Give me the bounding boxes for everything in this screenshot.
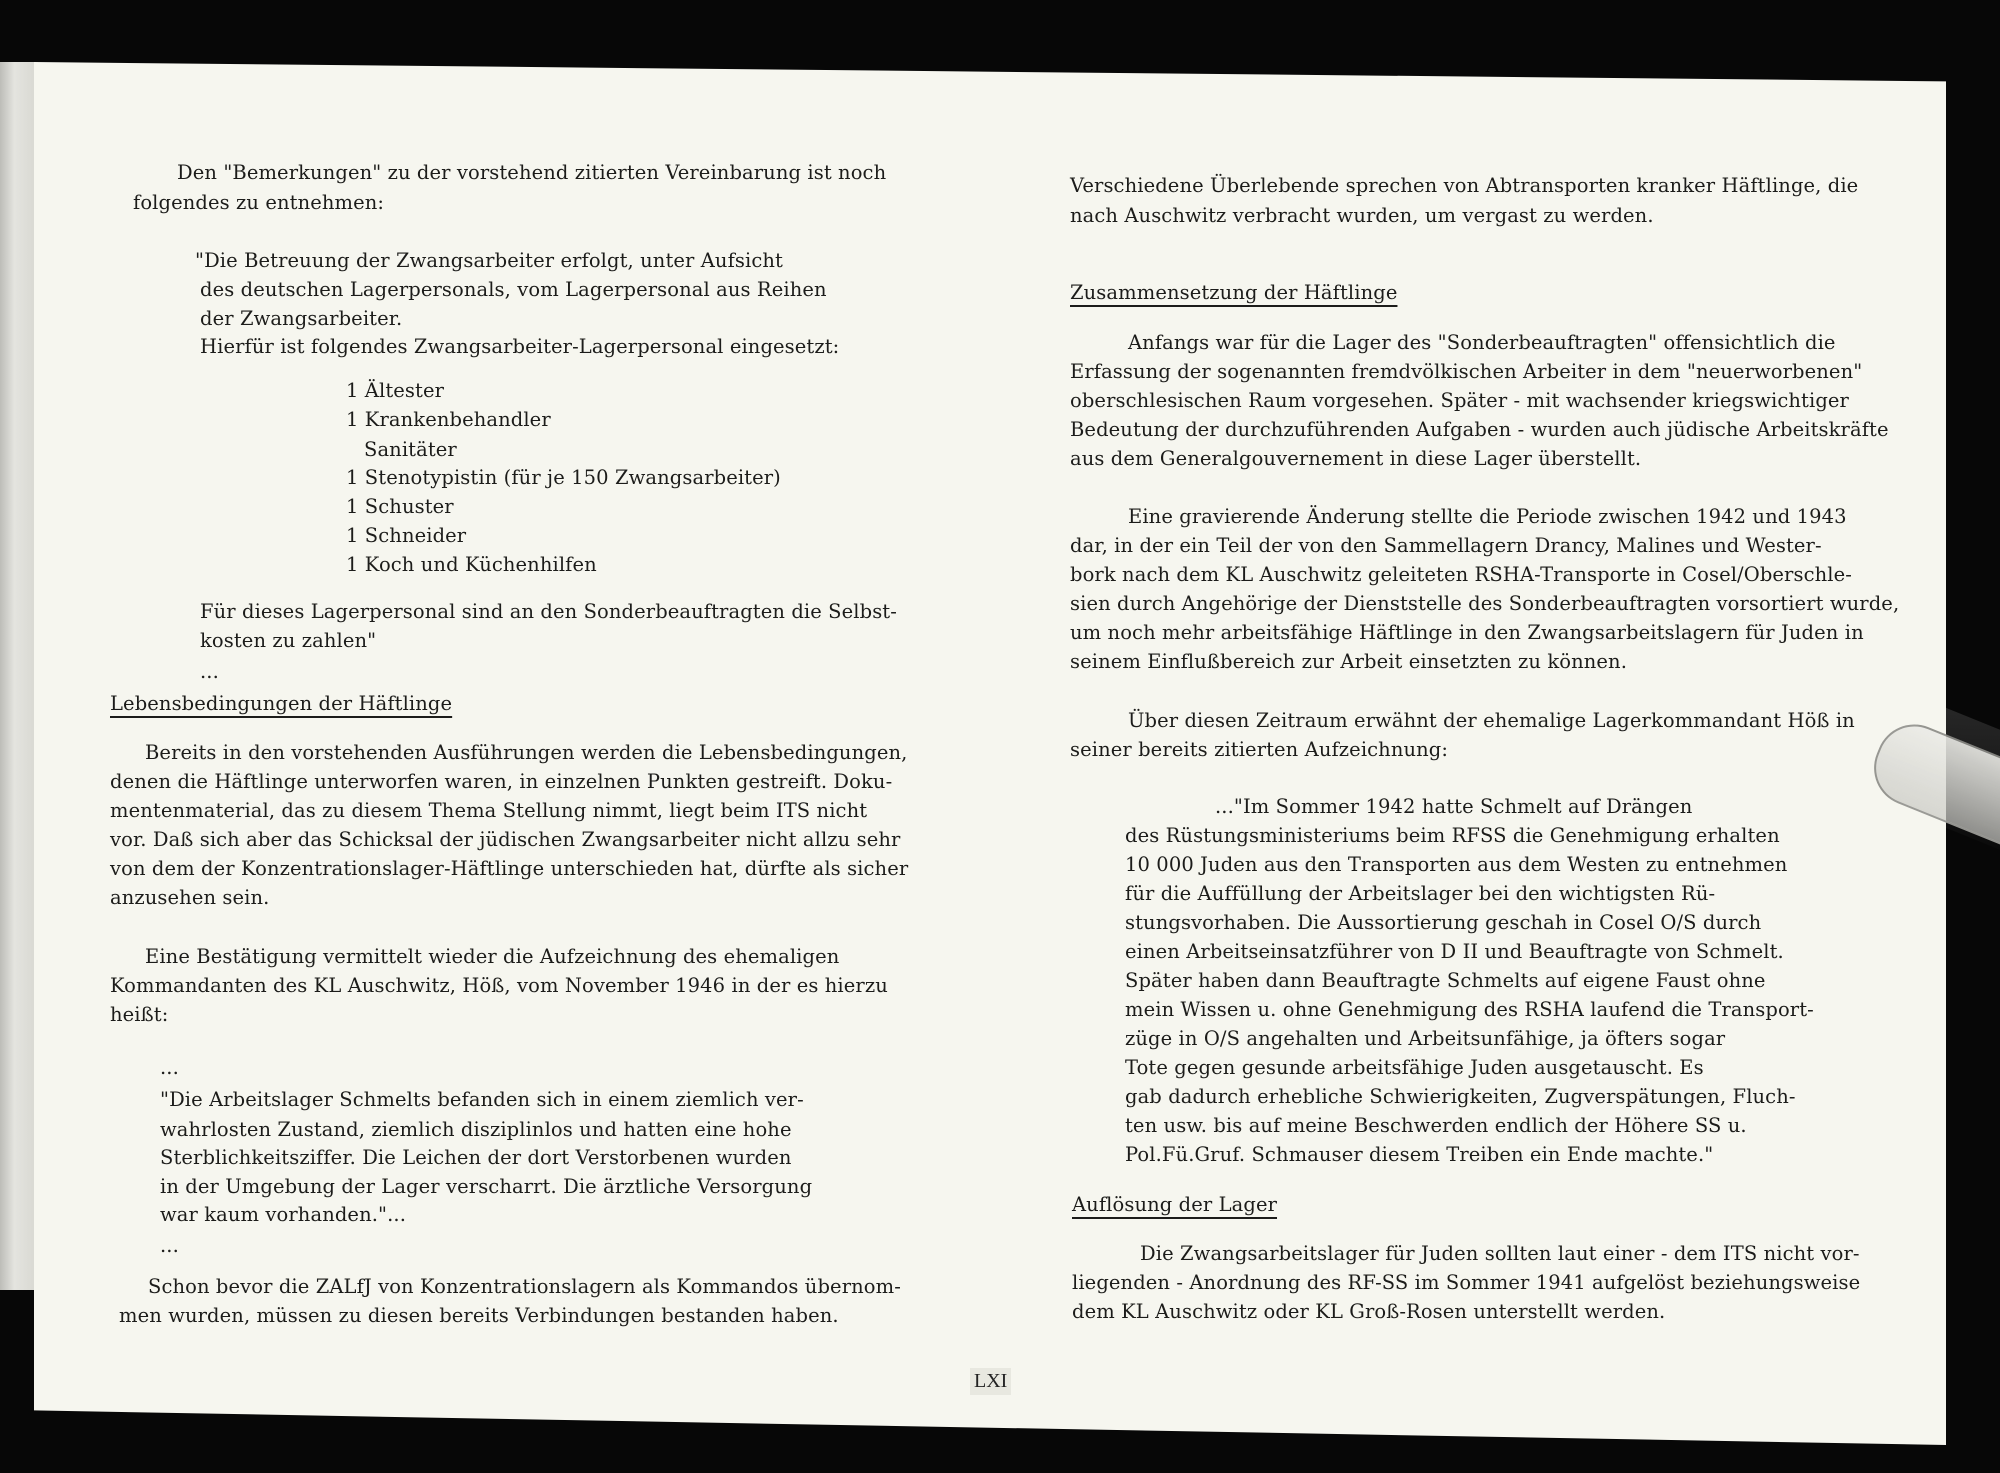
paragraph-line: sien durch Angehörige der Dienststelle d… <box>1070 594 1899 614</box>
paragraph-line: Schon bevor die ZALfJ von Konzentrations… <box>148 1277 901 1297</box>
quote-line: Hierfür ist folgendes Zwangsarbeiter-Lag… <box>200 337 839 357</box>
quote-line: Sterblichkeitsziffer. Die Leichen der do… <box>160 1148 792 1168</box>
list-item: 1 Schuster <box>346 497 454 517</box>
paragraph-line: heißt: <box>110 1005 168 1025</box>
ellipsis: ... <box>160 1236 179 1256</box>
paragraph-line: dar, in der ein Teil der von den Sammell… <box>1070 536 1822 556</box>
paragraph-line: denen die Häftlinge unterworfen waren, i… <box>110 772 892 792</box>
quote-line: stungsvorhaben. Die Aussortierung gescha… <box>1125 913 1761 933</box>
page-number: LXI <box>970 1368 1011 1395</box>
paragraph-line: Bedeutung der durchzuführenden Aufgaben … <box>1070 420 1889 440</box>
quote-line: gab dadurch erhebliche Schwierigkeiten, … <box>1125 1087 1796 1107</box>
intro-line: Den "Bemerkungen" zu der vorstehend ziti… <box>177 163 886 183</box>
list-item: Sanitäter <box>364 440 457 460</box>
page-stack-edge <box>0 62 38 1290</box>
paragraph-line: Eine gravierende Änderung stellte die Pe… <box>1128 507 1847 527</box>
ellipsis: ... <box>160 1058 179 1078</box>
list-item: 1 Ältester <box>346 381 444 401</box>
paragraph-line: Kommandanten des KL Auschwitz, Höß, vom … <box>110 976 888 996</box>
quote-line: mein Wissen u. ohne Genehmigung des RSHA… <box>1125 1000 1814 1020</box>
paragraph-line: bork nach dem KL Auschwitz geleiteten RS… <box>1070 565 1852 585</box>
quote-line: des Rüstungsministeriums beim RFSS die G… <box>1125 826 1780 846</box>
quote-line: der Zwangsarbeiter. <box>200 309 402 329</box>
paragraph-line: Verschiedene Überlebende sprechen von Ab… <box>1070 176 1858 196</box>
paragraph-line: Die Zwangsarbeitslager für Juden sollten… <box>1140 1244 1860 1264</box>
paragraph-line: Über diesen Zeitraum erwähnt der ehemali… <box>1128 711 1855 731</box>
paragraph-line: aus dem Generalgouvernement in diese Lag… <box>1070 449 1641 469</box>
list-item: 1 Schneider <box>346 526 466 546</box>
paragraph-line: Anfangs war für die Lager des "Sonderbea… <box>1128 333 1836 353</box>
section-heading: Auflösung der Lager <box>1072 1195 1277 1215</box>
quote-line: des deutschen Lagerpersonals, vom Lagerp… <box>200 280 827 300</box>
paragraph-line: liegenden - Anordnung des RF-SS im Somme… <box>1072 1273 1860 1293</box>
quote-line: ..."Im Sommer 1942 hatte Schmelt auf Drä… <box>1215 797 1692 817</box>
paragraph-line: von dem der Konzentrationslager-Häftling… <box>110 859 908 879</box>
list-item: 1 Stenotypistin (für je 150 Zwangsarbeit… <box>346 468 781 488</box>
quote-line: "Die Arbeitslager Schmelts befanden sich… <box>160 1090 804 1110</box>
list-item: 1 Krankenbehandler <box>346 410 551 430</box>
quote-line: einen Arbeitseinsatzführer von D II und … <box>1125 942 1784 962</box>
paragraph-line: mentenmaterial, das zu diesem Thema Stel… <box>110 801 867 821</box>
paragraph-line: dem KL Auschwitz oder KL Groß-Rosen unte… <box>1072 1302 1665 1322</box>
section-heading: Lebensbedingungen der Häftlinge <box>110 694 452 714</box>
paragraph-line: vor. Daß sich aber das Schicksal der jüd… <box>110 830 900 850</box>
paragraph-line: oberschlesischen Raum vorgesehen. Später… <box>1070 391 1849 411</box>
paragraph-line: um noch mehr arbeitsfähige Häftlinge in … <box>1070 623 1864 643</box>
paragraph-line: seiner bereits zitierten Aufzeichnung: <box>1070 740 1448 760</box>
quote-line: Für dieses Lagerpersonal sind an den Son… <box>200 602 897 622</box>
quote-line: Tote gegen gesunde arbeitsfähige Juden a… <box>1125 1058 1704 1078</box>
quote-line: "Die Betreuung der Zwangsarbeiter erfolg… <box>195 251 783 271</box>
quote-line: Später haben dann Beauftragte Schmelts a… <box>1125 971 1766 991</box>
paragraph-line: seinem Einflußbereich zur Arbeit einsetz… <box>1070 652 1627 672</box>
quote-line: war kaum vorhanden."... <box>160 1205 406 1225</box>
quote-line: Pol.Fü.Gruf. Schmauser diesem Treiben ei… <box>1125 1145 1713 1165</box>
paragraph-line: anzusehen sein. <box>110 888 269 908</box>
paragraph-line: men wurden, müssen zu diesen bereits Ver… <box>119 1306 839 1326</box>
quote-line: züge in O/S angehalten und Arbeitsunfähi… <box>1125 1029 1725 1049</box>
quote-line: in der Umgebung der Lager verscharrt. Di… <box>160 1177 812 1197</box>
quote-line: 10 000 Juden aus den Transporten aus dem… <box>1125 855 1787 875</box>
quote-line: kosten zu zahlen" <box>200 631 376 651</box>
quote-line: wahrlosten Zustand, ziemlich disziplinlo… <box>160 1120 792 1140</box>
list-item: 1 Koch und Küchenhilfen <box>346 555 597 575</box>
quote-line: ten usw. bis auf meine Beschwerden endli… <box>1125 1116 1747 1136</box>
quote-line: für die Auffüllung der Arbeitslager bei … <box>1125 884 1715 904</box>
ellipsis: ... <box>200 662 219 682</box>
paragraph-line: Eine Bestätigung vermittelt wieder die A… <box>145 947 839 967</box>
paragraph-line: nach Auschwitz verbracht wurden, um verg… <box>1070 206 1654 226</box>
paragraph-line: Erfassung der sogenannten fremdvölkische… <box>1070 362 1862 382</box>
intro-line: folgendes zu entnehmen: <box>133 193 384 213</box>
paragraph-line: Bereits in den vorstehenden Ausführungen… <box>145 743 907 763</box>
section-heading: Zusammensetzung der Häftlinge <box>1070 283 1397 303</box>
